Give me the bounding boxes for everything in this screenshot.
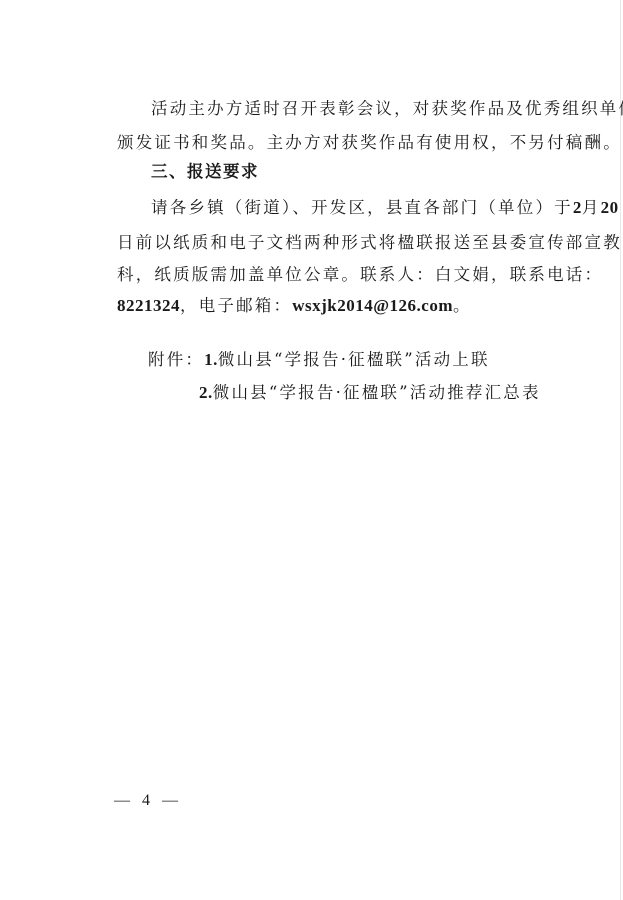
attachment-title: 微山县“学报告·征楹联”活动推荐汇总表 (213, 383, 541, 402)
awards-paragraph-line-1: 活动主办方适时召开表彰会议，对获奖作品及优秀组织单位 (151, 99, 623, 119)
email-label: ，电子邮箱： (180, 296, 292, 315)
submission-paragraph-line-1: 请各乡镇（街道）、开发区，县直各部门（单位）于2月20 (151, 198, 619, 218)
submission-paragraph-line-2: 日前以纸质和电子文档两种形式将楹联报送至县委宣传部宣教 (117, 233, 622, 253)
attachment-item-2: 2.微山县“学报告·征楹联”活动推荐汇总表 (199, 383, 541, 403)
phone-number: 8221324 (117, 296, 180, 315)
attachment-number: 1. (204, 350, 218, 369)
attachment-number: 2. (199, 383, 213, 402)
attachment-label: 附件： (148, 350, 204, 369)
line-end: 。 (453, 296, 472, 315)
attachment-item-1: 附件：1.微山县“学报告·征楹联”活动上联 (148, 350, 490, 370)
day-number: 20 (601, 198, 619, 217)
month-number: 2 (573, 198, 582, 217)
submission-text: 请各乡镇（街道）、开发区，县直各部门（单位）于 (151, 198, 573, 217)
email-address: wsxjk2014@126.com (292, 296, 453, 315)
month-label: 月 (582, 198, 601, 217)
attachment-title: 微山县“学报告·征楹联”活动上联 (218, 350, 490, 369)
section-heading: 三、报送要求 (151, 162, 259, 182)
awards-paragraph-line-2: 颁发证书和奖品。主办方对获奖作品有使用权，不另付稿酬。 (117, 133, 622, 153)
submission-paragraph-line-3: 科，纸质版需加盖单位公章。联系人：白文娟，联系电话： (117, 265, 603, 285)
page-number: — 4 — (114, 792, 182, 810)
submission-paragraph-line-4: 8221324，电子邮箱：wsxjk2014@126.com。 (117, 296, 472, 316)
